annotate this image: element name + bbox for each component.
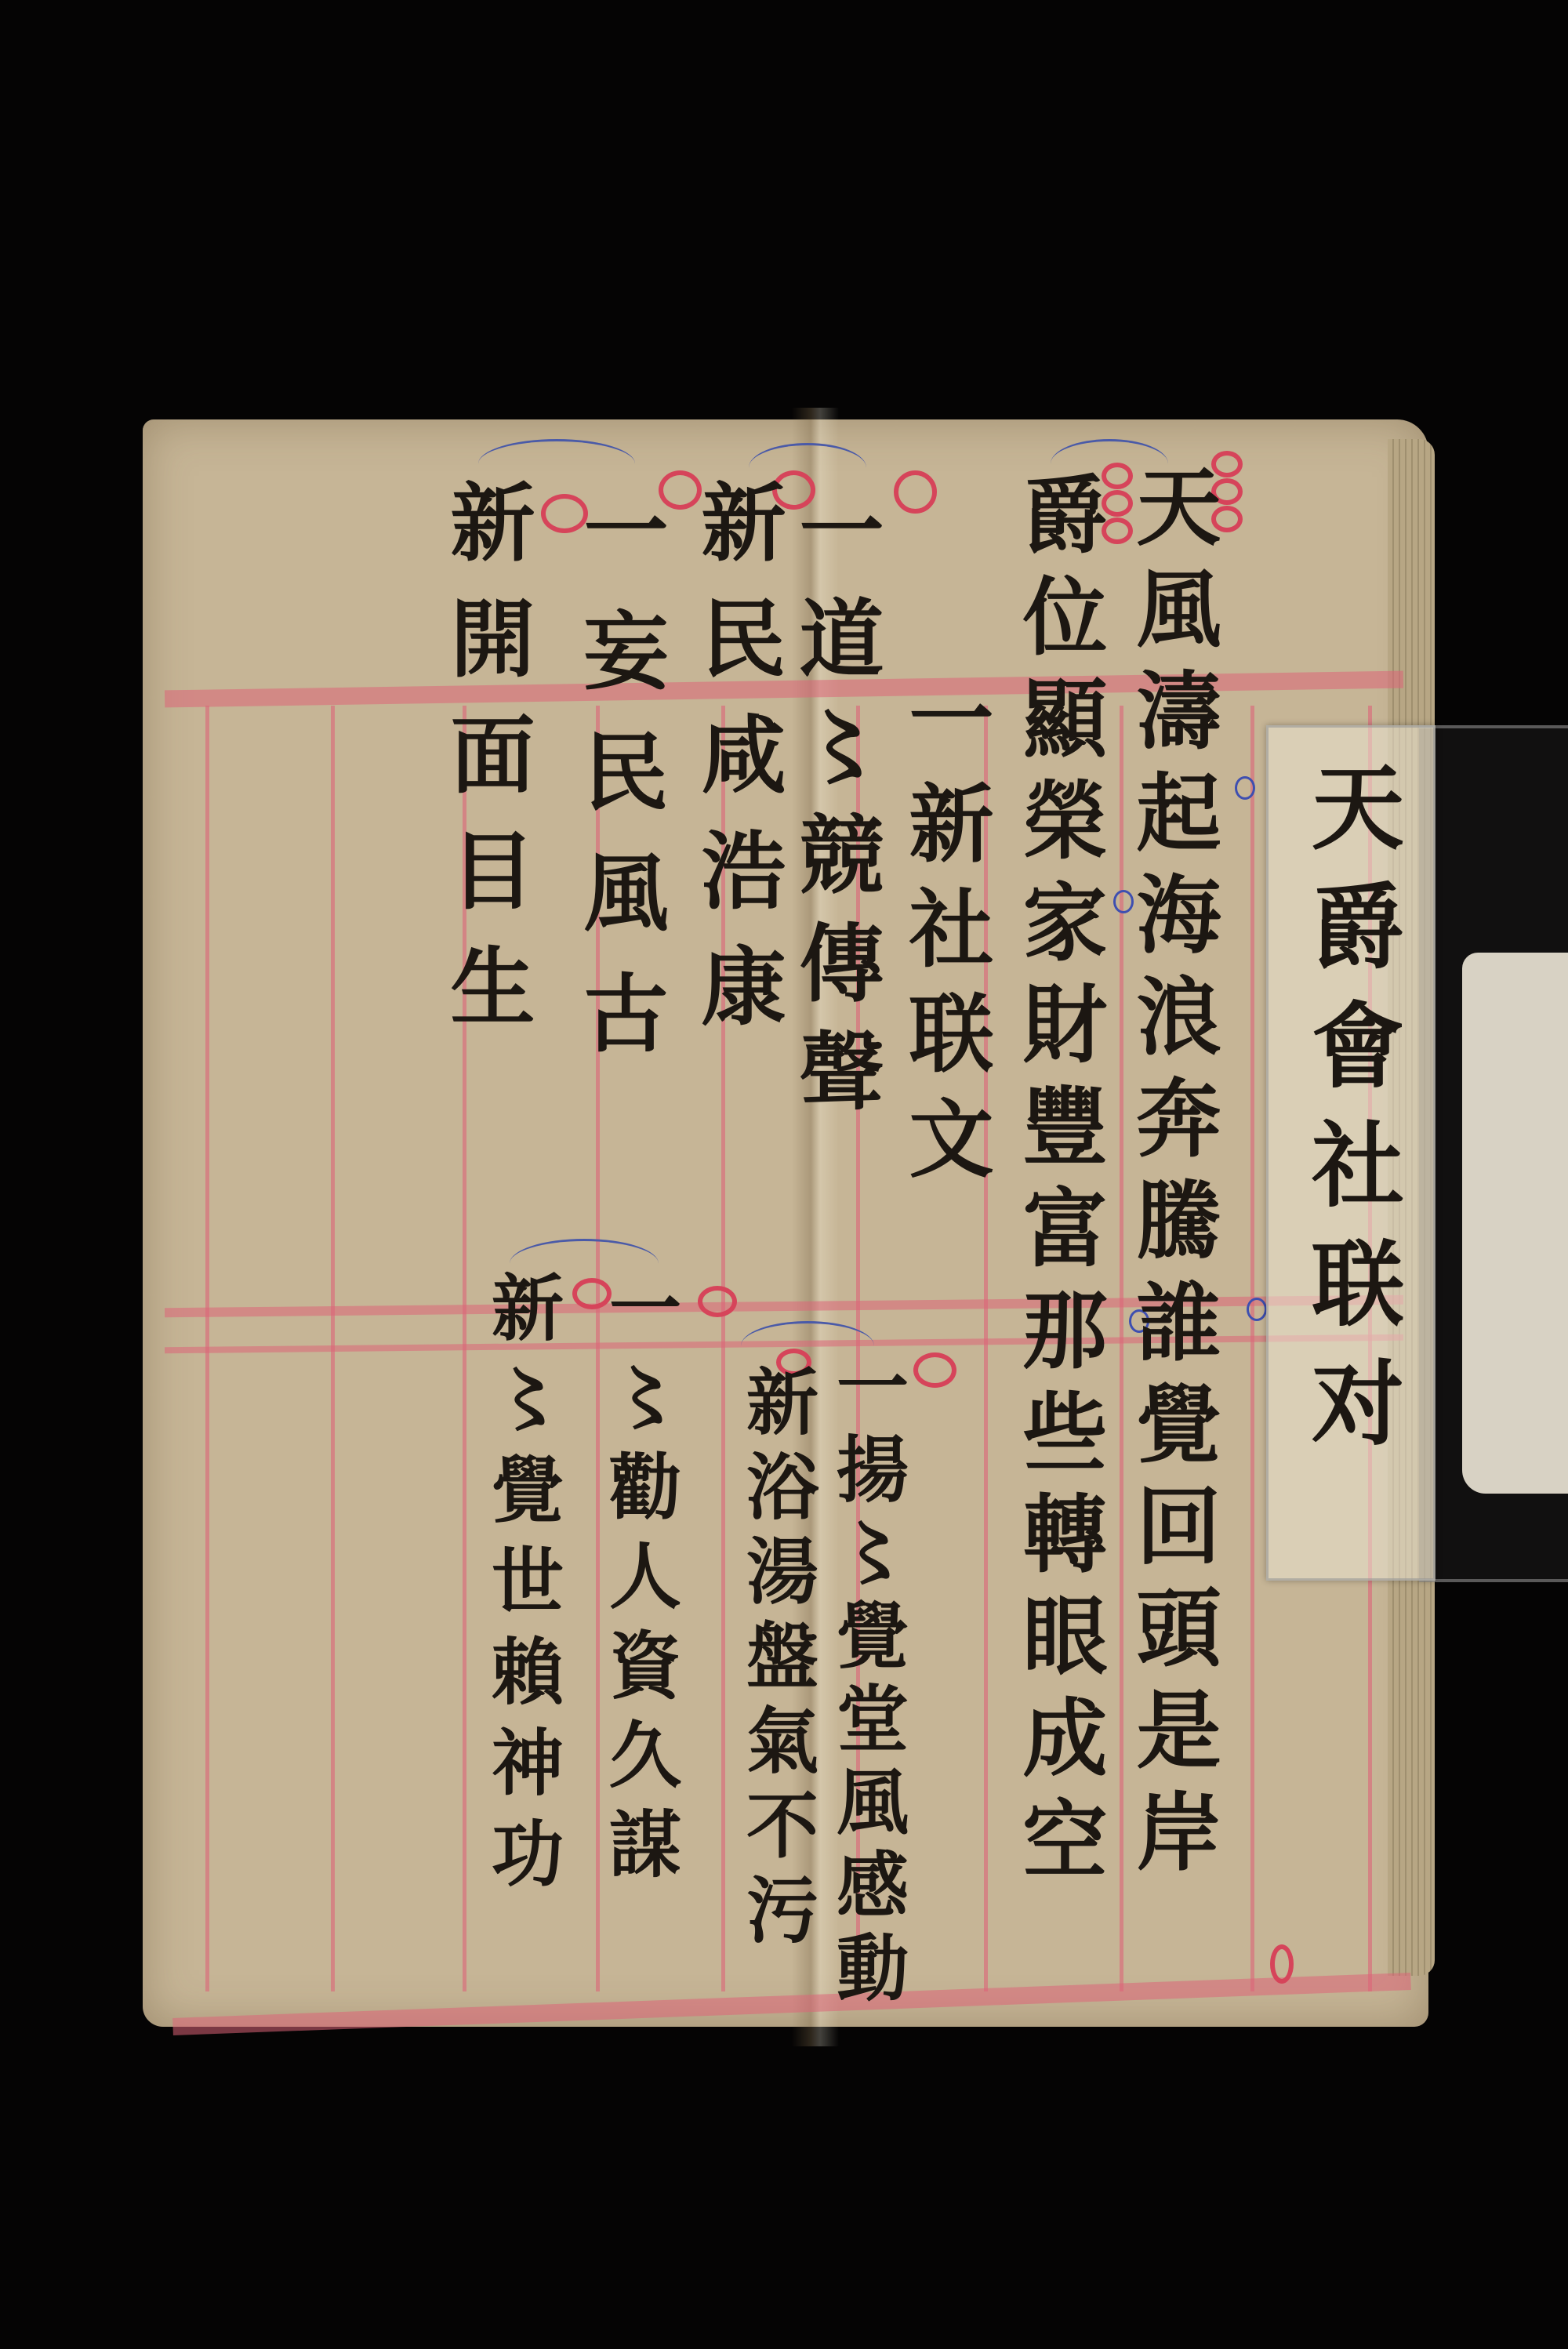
couplet-column-1: 天風濤起海浪奔騰誰覺回頭是岸 xyxy=(1129,463,1214,1890)
couplet-column-4: 一道〻競傳聲 xyxy=(792,486,877,1135)
red-circle-mark xyxy=(698,1286,737,1317)
couplet-column-3: 一新社联文 xyxy=(902,674,986,1200)
couplet-column-5: 新民咸浩康 xyxy=(694,478,779,1058)
couplet-column-10: 一〻勸人資久謀 xyxy=(604,1270,676,1896)
title-label-strip: 天爵會社联对 xyxy=(1266,725,1436,1581)
red-rule-v xyxy=(1250,706,1254,1991)
couplet-column-11: 新〻覺世賴神功 xyxy=(486,1270,558,1907)
blue-circle-mark xyxy=(1235,776,1255,800)
couplet-column-6: 一妄民風古 xyxy=(576,486,661,1090)
couplet-column-9: 新浴湯盤氣不污 xyxy=(741,1364,813,1957)
red-circle-mark xyxy=(1270,1944,1294,1984)
booklet-title: 天爵會社联对 xyxy=(1304,759,1396,1474)
red-circle-mark xyxy=(894,470,937,514)
couplet-column-7: 新開面目生 xyxy=(443,478,528,1058)
red-rule-v xyxy=(331,706,335,1991)
white-cloth-fragment xyxy=(1462,953,1568,1494)
couplet-column-2: 爵位顯榮家財豐富那些轉眼成空 xyxy=(1015,470,1100,1897)
blue-circle-mark xyxy=(1247,1298,1267,1321)
couplet-column-8: 一揚〻覺堂風感動 xyxy=(831,1349,903,2013)
red-rule-v xyxy=(205,706,209,1991)
red-circle-mark xyxy=(913,1352,956,1388)
